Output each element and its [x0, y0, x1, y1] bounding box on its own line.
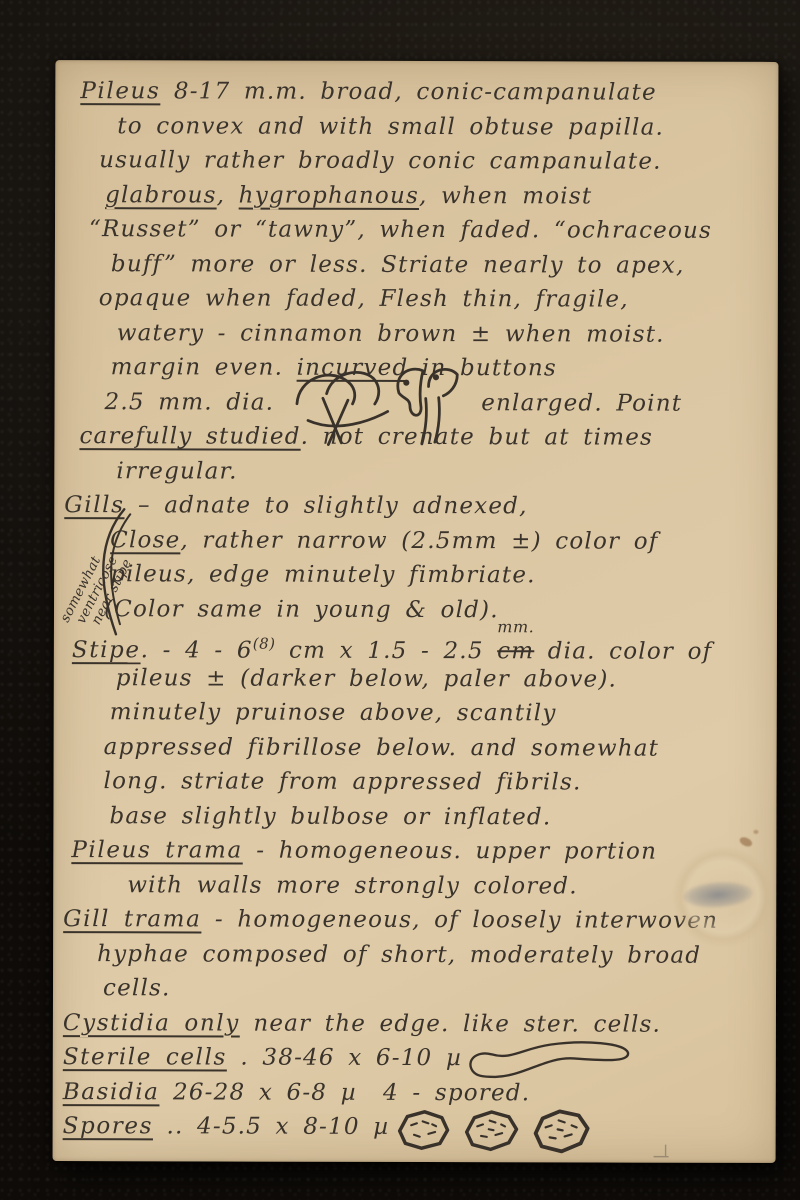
pileus-trama-heading: Pileus trama: [71, 837, 242, 863]
note-line: pileus, edge minutely fimbriate.: [110, 557, 773, 593]
line-text: base slightly bulbose or inflated.: [109, 803, 551, 830]
spore-sketch-3: [528, 1106, 592, 1154]
line-text: , when moist: [419, 183, 592, 209]
line-text: usually rather broadly conic campanulate…: [99, 147, 662, 174]
line-text: irregular.: [116, 458, 237, 484]
note-line: pileus ± (darker below, paler above).: [116, 661, 773, 697]
note-line: Sterile cells . 38-46 x 6-10 µ: [63, 1040, 772, 1076]
superscript-note: (8): [253, 635, 276, 653]
note-line: Cystidia only near the edge. like ster. …: [63, 1006, 772, 1042]
line-text: ,: [217, 182, 239, 208]
note-line: usually rather broadly conic campanulate…: [99, 143, 774, 179]
line-text: . - 4 - 6: [141, 637, 253, 663]
note-line: 2.5 mm. dia. enlarged. Po: [105, 385, 774, 421]
line-text: appressed fibrillose below. and somewhat: [104, 734, 660, 761]
note-line: long. striate from appressed fibrils.: [104, 764, 773, 800]
line-text: 2.5 mm. dia.: [105, 389, 288, 415]
note-line: buff” more or less. Striate nearly to ap…: [111, 247, 774, 283]
line-text: – adnate to slightly adnexed,: [124, 492, 527, 519]
note-line: cells.: [103, 971, 772, 1007]
sterile-cells-heading: Sterile cells: [63, 1044, 227, 1070]
line-text: pileus, edge minutely fimbriate.: [110, 561, 536, 588]
note-line: “Russet” or “tawny”, when faded. “ochrac…: [89, 212, 774, 248]
brown-fleck: [753, 830, 758, 834]
spore-sketch-2: [458, 1107, 522, 1153]
line-text: to convex and with small obtuse papilla.: [117, 113, 664, 140]
pencil-mark: [651, 1142, 673, 1160]
note-text: Pileus 8-17 m.m. broad, conic-campanulat…: [63, 74, 775, 1145]
line-text: .. 4-5.5 x 8-10 µ: [153, 1113, 389, 1140]
note-line: base slightly bulbose or inflated.: [109, 799, 772, 835]
line-text: cells.: [103, 975, 171, 1001]
note-line: appressed fibrillose below. and somewhat: [104, 730, 773, 766]
note-line: glabrous, hygrophanous, when moist: [105, 178, 774, 214]
note-line: Pileus trama - homogeneous. upper portio…: [71, 833, 772, 869]
note-line: (Color same in young & old).: [104, 592, 773, 628]
gill-trama-heading: Gill trama: [63, 906, 201, 932]
note-card: Pileus 8-17 m.m. broad, conic-campanulat…: [53, 60, 779, 1163]
line-text: . 38-46 x 6-10 µ: [227, 1045, 462, 1072]
note-line: hyphae composed of short, moderately bro…: [97, 937, 772, 973]
note-line: Stipe. - 4 - 6(8) cm x 1.5 - 2.5 cmmm. d…: [72, 626, 773, 662]
spores-heading: Spores: [63, 1113, 153, 1139]
note-line: irregular.: [116, 454, 773, 490]
note-line: Pileus 8-17 m.m. broad, conic-campanulat…: [80, 74, 774, 110]
underlined-phrase: carefully studied: [79, 423, 300, 450]
brace-mark: [84, 506, 132, 638]
line-text: dia. color of: [534, 638, 712, 664]
correction-above: mm.: [497, 619, 534, 635]
line-text: - homogeneous, of loosely interwoven: [201, 906, 718, 933]
line-text: buff” more or less. Striate nearly to ap…: [111, 251, 685, 279]
line-text: margin even.: [111, 354, 297, 380]
note-line: Spores .. 4-5.5 x 8-10 µ: [63, 1109, 772, 1145]
note-line: Gills – adnate to slightly adnexed,: [64, 488, 773, 524]
line-text: hyphae composed of short, moderately bro…: [97, 941, 701, 969]
line-text: minutely pruinose above, scantily: [110, 699, 557, 726]
line-text: pileus ± (darker below, paler above).: [116, 665, 617, 692]
note-line: to convex and with small obtuse papilla.: [117, 109, 774, 145]
line-text: . not crenate but at times: [301, 424, 653, 451]
note-line: Gill trama - homogeneous, of loosely int…: [63, 902, 772, 938]
note-line: Basidia 26-28 x 6-8 µ 4 - spored.: [63, 1075, 772, 1111]
line-text: - homogeneous. upper portion: [243, 838, 657, 865]
note-line: opaque when faded, Flesh thin, fragile,: [99, 281, 774, 317]
underlined-word: hygrophanous: [239, 182, 419, 208]
spore-sketch-1: [392, 1107, 452, 1153]
line-text: near the edge. like ster. cells.: [240, 1010, 661, 1037]
photo-background: Pileus 8-17 m.m. broad, conic-campanulat…: [0, 0, 800, 1200]
note-line: minutely pruinose above, scantily: [110, 695, 773, 731]
pileus-heading: Pileus: [80, 78, 160, 104]
line-text: , rather narrow (2.5mm ±) color of: [180, 527, 658, 554]
line-text: watery - cinnamon brown ± when moist.: [117, 320, 665, 347]
line-text: 8-17 m.m. broad, conic-campanulate: [160, 78, 656, 105]
line-text: cm x 1.5 - 2.5: [275, 638, 497, 665]
basidia-heading: Basidia: [63, 1079, 160, 1105]
line-text: opaque when faded, Flesh thin, fragile,: [99, 285, 629, 312]
line-text: (Color same in young & old).: [104, 596, 499, 623]
underlined-word: glabrous: [105, 182, 217, 208]
line-text: 26-28 x 6-8 µ 4 - spored.: [159, 1079, 530, 1106]
line-text: long. striate from appressed fibrils.: [104, 768, 582, 795]
note-line: carefully studied. not crenate but at ti…: [79, 419, 773, 455]
note-line: Close, rather narrow (2.5mm ±) color of: [110, 523, 773, 559]
note-line: watery - cinnamon brown ± when moist.: [117, 316, 774, 352]
line-text: “Russet” or “tawny”, when faded. “ochrac…: [89, 216, 712, 244]
line-text: with walls more strongly colored.: [127, 872, 578, 899]
corrected-unit: cmmm.: [497, 634, 534, 669]
struck-word: cm: [497, 638, 534, 664]
cystidia-heading: Cystidia only: [63, 1010, 240, 1036]
line-text: enlarged. Point: [468, 390, 683, 417]
stipe-heading: Stipe: [72, 637, 141, 663]
